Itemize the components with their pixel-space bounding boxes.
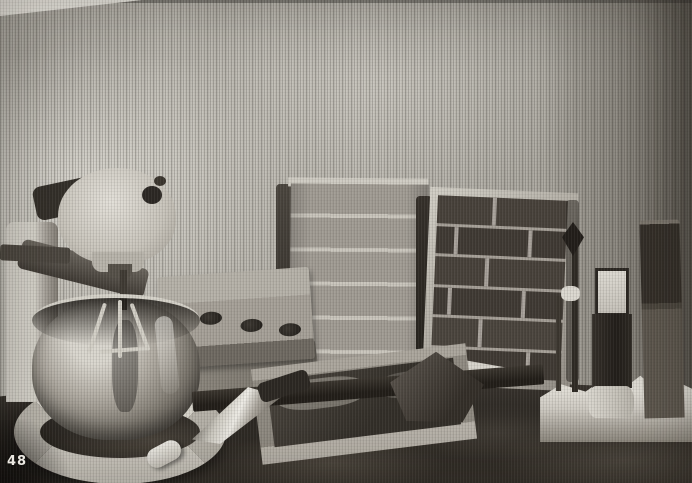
mortar-head-joint [477, 319, 482, 347]
mortar-head-joint [484, 258, 489, 286]
block-hole [279, 323, 302, 338]
figure-number: 48 [7, 454, 27, 469]
corner-shadow [0, 420, 120, 483]
bowl-reflection-streak [112, 320, 138, 412]
mortar-head-joint [447, 287, 452, 315]
mortar-head-joint [521, 290, 526, 318]
brick-course [434, 256, 565, 289]
labeled-cylinder-sleeve [592, 314, 632, 388]
brick-course [433, 287, 564, 320]
spear-rod-tool [572, 240, 578, 392]
brick-course [436, 226, 567, 259]
block-hole [200, 311, 223, 326]
halftone-photograph: 48 [0, 0, 692, 483]
brick-course [437, 195, 568, 228]
mortar-head-joint [453, 226, 458, 254]
mortar-head-joint [492, 198, 497, 226]
tall-cylinder-tool [639, 220, 684, 419]
rod-white-grip [561, 286, 580, 301]
thin-rod-tool [556, 296, 561, 391]
mortar-head-joint [527, 230, 532, 258]
mixer-head-knob [142, 186, 162, 204]
labeled-cylinder-base [588, 386, 634, 418]
mixer-head-spot [154, 176, 166, 186]
block-hole [240, 318, 263, 333]
labeled-cylinder-label [595, 268, 629, 316]
